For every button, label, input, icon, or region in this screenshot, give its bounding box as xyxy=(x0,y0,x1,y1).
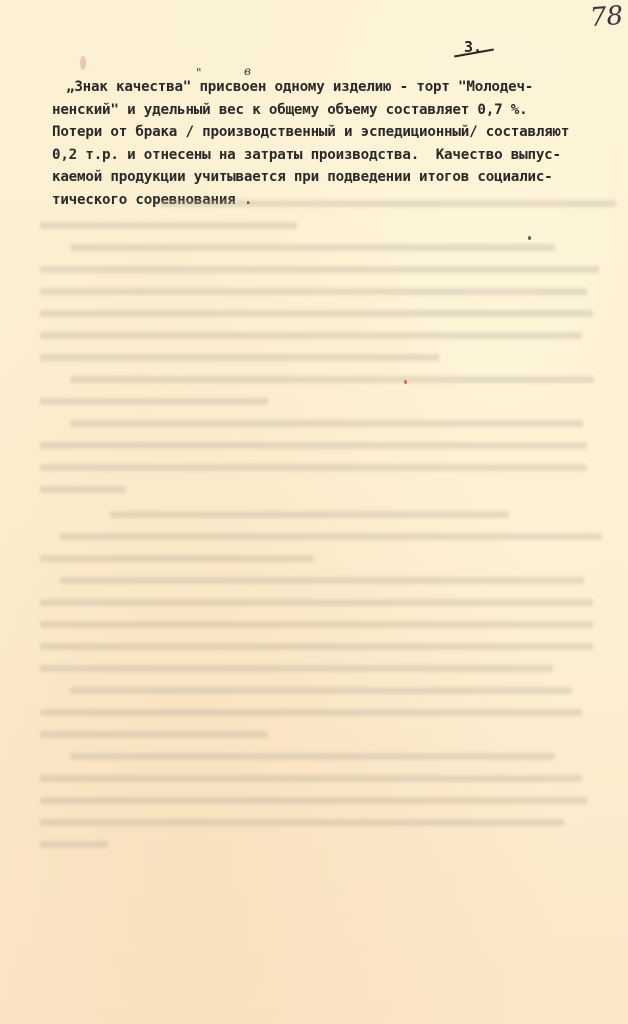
main-paragraph: „Знак качества" присвоен одному изделию … xyxy=(52,76,622,211)
paper-speck xyxy=(404,380,407,384)
paper-speck xyxy=(528,236,531,240)
paragraph-line: „Знак качества" присвоен одному изделию … xyxy=(52,76,622,99)
paragraph-line: 0,2 т.р. и отнесены на затраты производс… xyxy=(52,144,622,167)
bleed-through-text xyxy=(40,200,610,863)
paragraph-line: Потери от брака / производственный и эсп… xyxy=(52,121,622,144)
document-page: 78 3. " в „Знак качества" присвоен одном… xyxy=(0,0,628,1024)
page-number: 3. xyxy=(464,38,482,56)
paragraph-line: ненский" и удельный вес к общему объему … xyxy=(52,99,622,122)
paragraph-line: каемой продукции учитывается при подведе… xyxy=(52,166,622,189)
paper-speck xyxy=(80,56,86,70)
handwritten-sheet-number: 78 xyxy=(589,1,624,33)
